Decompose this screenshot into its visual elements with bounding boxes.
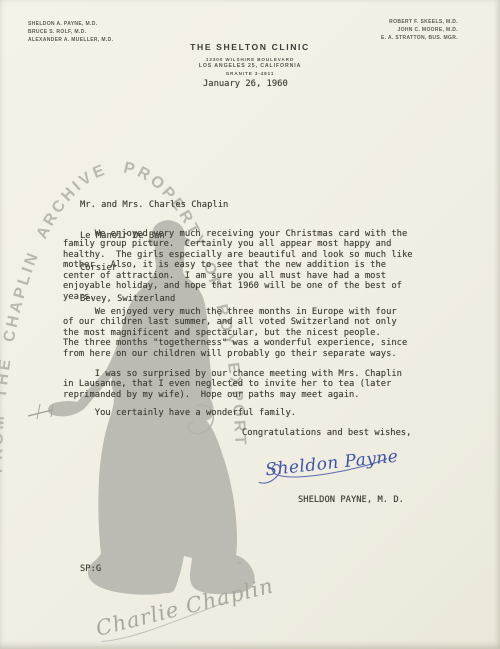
body-paragraph-2: We enjoyed very much the three months in… bbox=[63, 307, 407, 359]
trademark-symbol: ™ bbox=[236, 561, 242, 568]
clinic-city: LOS ANGELES 25, CALIFORNIA bbox=[199, 63, 301, 69]
letter-page: FROM THE CHAPLIN ARCHIVE PROPERTY OF ROY… bbox=[0, 0, 500, 649]
signature-name-text: Sheldon Payne bbox=[264, 447, 399, 481]
date-line: January 26, 1960 bbox=[203, 79, 288, 89]
clinic-phone: GRANITE 3-4811 bbox=[226, 71, 275, 76]
closing-line: Congratulations and best wishes, bbox=[242, 428, 411, 438]
body-paragraph-4: You certainly have a wonderful family. bbox=[63, 408, 296, 418]
recipient-line: Mr. and Mrs. Charles Chaplin bbox=[80, 200, 228, 210]
handwritten-signature: Sheldon Payne bbox=[250, 443, 425, 501]
clinic-name: THE SHELTON CLINIC bbox=[190, 42, 310, 52]
reference-initials: SP:G bbox=[80, 564, 101, 574]
doctor-name: E. A. STRATTON, BUS. MGR. bbox=[381, 34, 458, 42]
body-paragraph-1: We enjoyed very much receiving your Chri… bbox=[63, 229, 413, 302]
typed-signature-name: SHELDON PAYNE, M. D. bbox=[298, 495, 404, 505]
doctor-name: BRUCE S. ROLF, M.D. bbox=[28, 28, 113, 36]
cane-icon bbox=[28, 410, 52, 416]
clinic-street: 12300 WILSHIRE BOULEVARD bbox=[206, 57, 294, 62]
doctors-list-right: ROBERT F. SKEELS, M.D. JOHN C. MOORE, M.… bbox=[381, 18, 458, 42]
doctor-name: JOHN C. MOORE, M.D. bbox=[381, 26, 458, 34]
doctor-name: ROBERT F. SKEELS, M.D. bbox=[381, 18, 458, 26]
doctor-name: ALEXANDER A. MUELLER, M.D. bbox=[28, 36, 113, 44]
doctors-list-left: SHELDON A. PAYNE, M.D. BRUCE S. ROLF, M.… bbox=[28, 20, 113, 44]
body-paragraph-3: I was so surprised by our chance meeting… bbox=[63, 369, 402, 400]
doctor-name: SHELDON A. PAYNE, M.D. bbox=[28, 20, 113, 28]
